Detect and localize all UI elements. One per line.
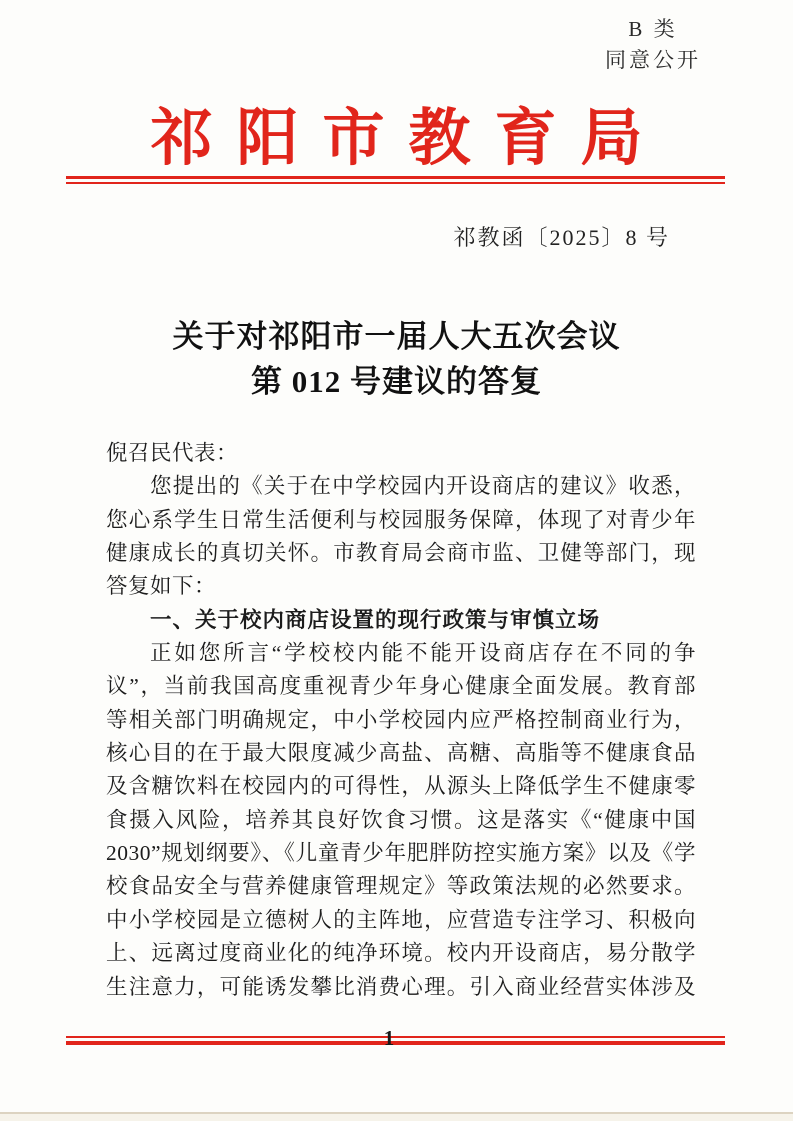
body-line: 等相关部门明确规定，中小学校园内应严格控制商业行为， — [106, 704, 696, 737]
body-line: 健康成长的真切关怀。市教育局会商市监、卫健等部门，现 — [106, 537, 696, 570]
body-line: 中小学校园是立德树人的主阵地，应营造专注学习、积极向 — [106, 904, 696, 937]
body-line: 核心目的在于最大限度减少高盐、高糖、高脂等不健康食品 — [106, 737, 696, 770]
document-title-line1: 关于对祁阳市一届人大五次会议 — [0, 314, 793, 359]
agency-name: 祁阳市教育局 — [0, 88, 793, 177]
body-text: 倪召民代表：您提出的《关于在中学校园内开设商店的建议》收悉，您心系学生日常生活便… — [106, 437, 696, 1004]
body-heading-line: 一、关于校内商店设置的现行政策与审慎立场 — [106, 604, 696, 637]
body-line: 倪召民代表： — [106, 437, 696, 470]
document-title: 关于对祁阳市一届人大五次会议 第 012 号建议的答复 — [0, 314, 793, 404]
body-line: 及含糖饮料在校园内的可得性，从源头上降低学生不健康零 — [106, 770, 696, 803]
body-line: 您心系学生日常生活便利与校园服务保障，体现了对青少年 — [106, 504, 696, 537]
document-title-line2: 第 012 号建议的答复 — [0, 359, 793, 404]
header-rule-thick — [66, 176, 725, 179]
page-number: 1 — [0, 1026, 778, 1051]
header-rule-thin — [66, 182, 725, 184]
body-line: 2030”规划纲要》、《儿童青少年肥胖防控实施方案》以及《学 — [106, 837, 696, 870]
body-line: 生注意力，可能诱发攀比消费心理。引入商业经营实体涉及 — [106, 971, 696, 1004]
disclosure-label: 同意公开 — [605, 45, 701, 76]
body-line: 答复如下： — [106, 570, 696, 603]
classification-label: B 类 — [605, 14, 701, 45]
scan-edge-strip — [0, 1114, 793, 1121]
classification-block: B 类 同意公开 — [605, 14, 701, 76]
body-line: 议”，当前我国高度重视青少年身心健康全面发展。教育部 — [106, 670, 696, 703]
doc-number: 祁教函〔2025〕8 号 — [453, 221, 670, 252]
body-line: 正如您所言“学校校内能不能开设商店存在不同的争 — [106, 637, 696, 670]
body-line: 食摄入风险，培养其良好饮食习惯。这是落实《“健康中国 — [106, 804, 696, 837]
body-line: 校食品安全与营养健康管理规定》等政策法规的必然要求。 — [106, 870, 696, 903]
body-line: 上、远离过度商业化的纯净环境。校内开设商店，易分散学 — [106, 937, 696, 970]
body-line: 您提出的《关于在中学校园内开设商店的建议》收悉， — [106, 470, 696, 503]
document-page: B 类 同意公开 祁阳市教育局 祁教函〔2025〕8 号 关于对祁阳市一届人大五… — [0, 0, 793, 1121]
